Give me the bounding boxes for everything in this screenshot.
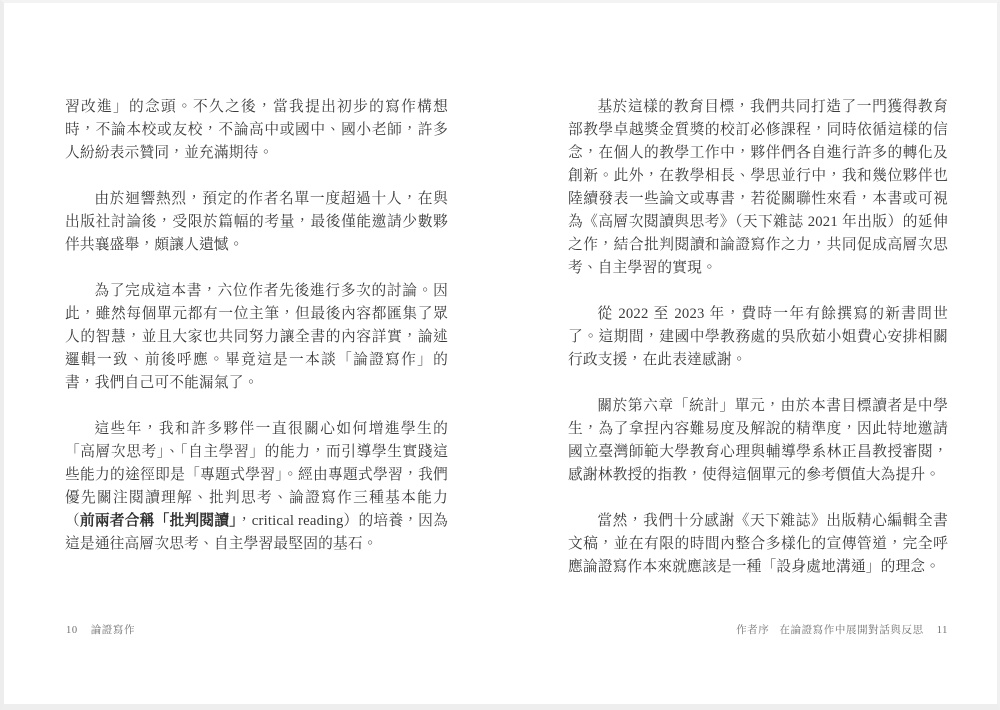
- text-segment: 由於迴響熱烈，預定的作者名單一度超過十人，在與出版社討論後，受限於篇幅的考量，最…: [65, 191, 448, 253]
- page-left-text: 習改進」的念頭。不久之後，當我提出初步的寫作構想時，不論本校或友校，不論高中或國…: [65, 96, 448, 556]
- text-segment: 從 2022 至 2023 年，費時一年有餘撰寫的新書問世了。這期間，建國中學教…: [568, 306, 948, 368]
- book-spread: 習改進」的念頭。不久之後，當我提出初步的寫作構想時，不論本校或友校，不論高中或國…: [0, 0, 1000, 710]
- paragraph: 這些年，我和許多夥伴一直很關心如何增進學生的「高層次思考」、「自主學習」的能力，…: [65, 418, 448, 556]
- text-segment-bold: 前兩者合稱「批判閱讀」: [80, 513, 237, 529]
- page-left-footer: 10論證寫作: [66, 624, 135, 638]
- page-right-text: 基於這樣的教育目標，我們共同打造了一門獲得教育部教學卓越獎金質獎的校訂必修課程，…: [568, 96, 948, 579]
- text-segment: 當然，我們十分感謝《天下雜誌》出版精心編輯全書文稿，並在有限的時間內整合多樣化的…: [568, 513, 948, 575]
- running-head-chapter-title: 在論證寫作中展開對話與反思: [779, 625, 923, 636]
- paragraph: 由於迴響熱烈，預定的作者名單一度超過十人，在與出版社討論後，受限於篇幅的考量，最…: [65, 188, 448, 257]
- text-segment: 為了完成這本書，六位作者先後進行多次的討論。因此，雖然每個單元都有一位主筆，但最…: [65, 283, 448, 391]
- page-number-right: 11: [937, 625, 948, 636]
- paragraph: 關於第六章「統計」單元，由於本書目標讀者是中學生，為了拿捏內容難易度及解說的精準…: [568, 395, 948, 487]
- text-segment: 習改進」的念頭。不久之後，當我提出初步的寫作構想時，不論本校或友校，不論高中或國…: [65, 99, 448, 161]
- paragraph: 從 2022 至 2023 年，費時一年有餘撰寫的新書問世了。這期間，建國中學教…: [568, 303, 948, 372]
- paragraph: 基於這樣的教育目標，我們共同打造了一門獲得教育部教學卓越獎金質獎的校訂必修課程，…: [568, 96, 948, 280]
- text-segment: 基於這樣的教育目標，我們共同打造了一門獲得教育部教學卓越獎金質獎的校訂必修課程，…: [568, 99, 948, 276]
- page-number-left: 10: [66, 625, 78, 636]
- page-right-footer: 作者序在論證寫作中展開對話與反思11: [736, 624, 948, 638]
- text-segment: 關於第六章「統計」單元，由於本書目標讀者是中學生，為了拿捏內容難易度及解說的精準…: [568, 398, 948, 483]
- paragraph: 當然，我們十分感謝《天下雜誌》出版精心編輯全書文稿，並在有限的時間內整合多樣化的…: [568, 510, 948, 579]
- paragraph: 習改進」的念頭。不久之後，當我提出初步的寫作構想時，不論本校或友校，不論高中或國…: [65, 96, 448, 165]
- running-head-book-title: 論證寫作: [91, 625, 135, 636]
- paragraph: 為了完成這本書，六位作者先後進行多次的討論。因此，雖然每個單元都有一位主筆，但最…: [65, 280, 448, 395]
- running-head-section: 作者序: [736, 625, 769, 636]
